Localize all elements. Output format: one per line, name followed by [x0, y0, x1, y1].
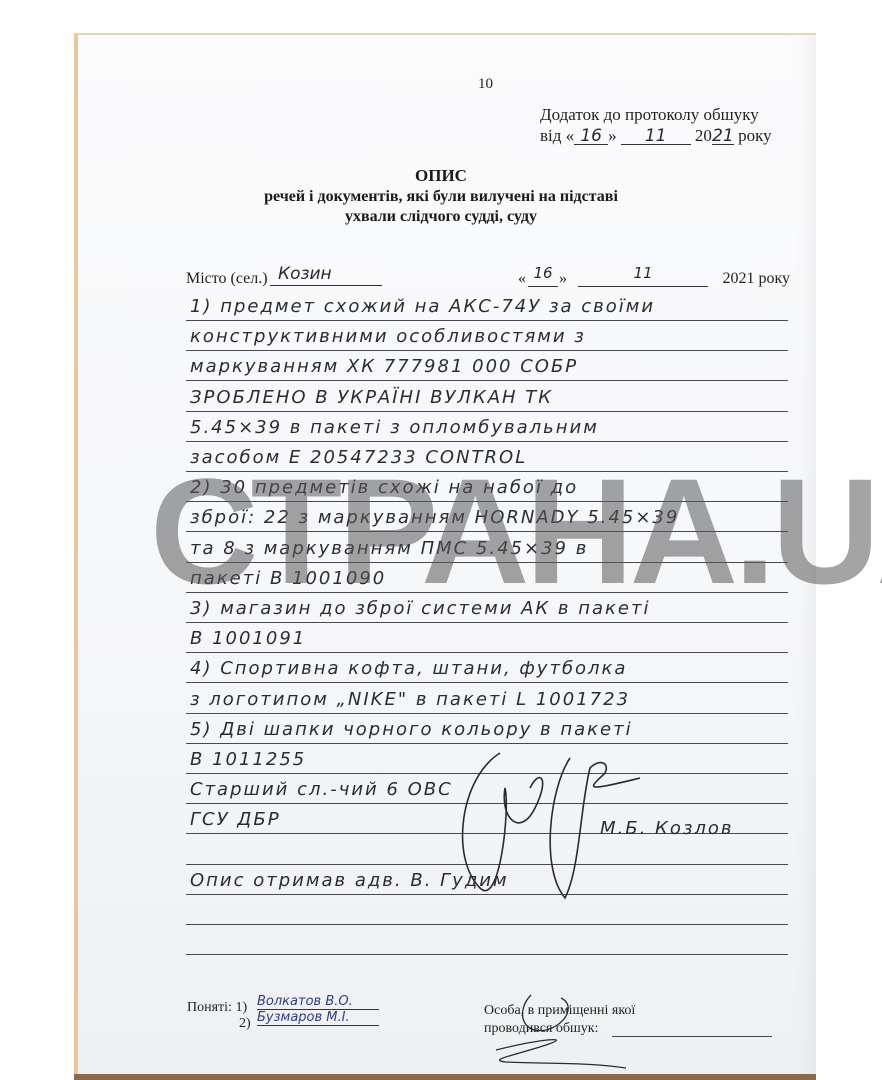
- ruled-line: [186, 411, 788, 412]
- ruled-line: [186, 924, 788, 925]
- handwritten-line: пакеті В 1001090: [190, 568, 788, 589]
- annex-day: 16: [574, 128, 608, 145]
- annex-month: 11: [621, 128, 691, 145]
- handwritten-line: з логотипом „NIKE" в пакеті L 1001723: [190, 689, 788, 710]
- ruled-line: [186, 622, 788, 623]
- ruled-line: [186, 501, 788, 502]
- handwritten-line: 1) предмет схожий на АКС-74У за своїми: [190, 296, 788, 317]
- date-month: 11: [578, 264, 708, 287]
- investigator-signature-name: М.Б. Козлов: [600, 818, 780, 839]
- ruled-line: [186, 682, 788, 683]
- annex-date: від «16»11 2021 року: [540, 125, 772, 146]
- ruled-line: [186, 743, 788, 744]
- witnesses-label: Поняті: 1): [187, 1000, 247, 1016]
- ruled-line: [186, 592, 788, 593]
- ruled-line: [186, 954, 788, 955]
- annex-title: Додаток до протоколу обшуку: [540, 104, 772, 125]
- city-value: Козин: [270, 264, 382, 286]
- signature-person-icon: [476, 990, 636, 1070]
- ruled-line: [186, 531, 788, 532]
- annex-year: 21: [712, 128, 734, 145]
- document-subtitle-1: речей і документів, які були вилучені на…: [0, 188, 882, 206]
- handwritten-line: засобом E 20547233 CONTROL: [190, 447, 788, 468]
- ruled-line: [186, 471, 788, 472]
- document-title: ОПИС: [0, 166, 882, 186]
- ruled-line: [186, 713, 788, 714]
- handwritten-line: та 8 з маркуванням ПМС 5.45×39 в: [190, 538, 788, 559]
- handwritten-line: В 1001091: [190, 628, 788, 649]
- handwritten-line: конструктивними особливостями з: [190, 326, 788, 347]
- handwritten-line: 3) магазин до зброї системи АК в пакеті: [190, 598, 788, 619]
- handwritten-line: 4) Спортивна кофта, штани, футболка: [190, 658, 788, 679]
- city-label: Місто (сел.): [186, 270, 268, 288]
- ruled-line: [186, 652, 788, 653]
- handwritten-line: 5.45×39 в пакеті з опломбувальним: [190, 417, 788, 438]
- handwritten-line: 2) 30 предметів схожі на набої до: [190, 477, 788, 498]
- document-subtitle-2: ухвали слідчого судді, суду: [0, 208, 882, 226]
- annex-header: Додаток до протоколу обшуку від «16»11 2…: [540, 104, 772, 146]
- ruled-line: [186, 562, 788, 563]
- ruled-line: [186, 441, 788, 442]
- ruled-line: [186, 320, 788, 321]
- person-signature-line: [612, 1036, 772, 1037]
- witness-2-signature: Бузмаров М.І.: [257, 1010, 379, 1026]
- date-day: 16: [528, 264, 558, 287]
- ruled-line: [186, 380, 788, 381]
- handwritten-line: маркуванням ХК 777981 000 СОБР: [190, 356, 788, 377]
- handwritten-line: ЗРОБЛЕНО В УКРАЇНІ ВУЛКАН ТК: [190, 387, 788, 408]
- handwritten-line: зброї: 22 з маркуванням HORNADY 5.45×39: [190, 507, 788, 528]
- ruled-line: [186, 350, 788, 351]
- page-edge-shadow: [74, 1074, 816, 1080]
- page-number: 10: [478, 76, 493, 93]
- handwritten-line: 5) Дві шапки чорного кольору в пакеті: [190, 719, 788, 740]
- witness-1-signature: Волкатов В.О.: [257, 994, 379, 1010]
- date-year: 2021 року: [722, 270, 790, 288]
